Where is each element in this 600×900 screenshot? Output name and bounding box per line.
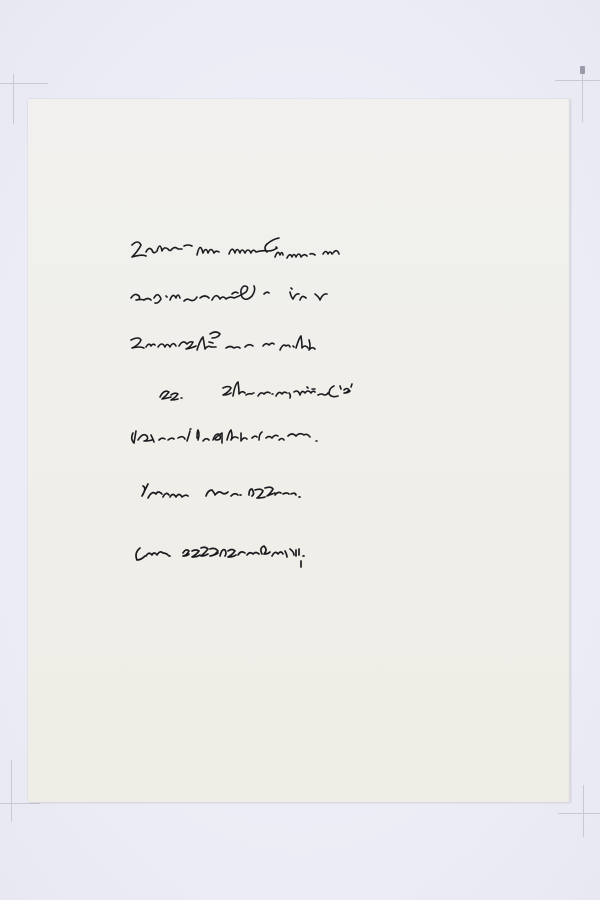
handwritten-line-3	[131, 332, 315, 350]
handwritten-line-7	[136, 546, 304, 567]
handwritten-line-6	[142, 484, 300, 498]
handwritten-line-5	[132, 429, 317, 443]
handwritten-line-4	[160, 382, 352, 400]
handwritten-line-1	[132, 238, 339, 258]
handwriting-ink	[0, 0, 600, 900]
photo-stage: asemic handwriting (illegible) Handwritt…	[0, 0, 600, 900]
handwritten-line-2	[131, 286, 327, 303]
